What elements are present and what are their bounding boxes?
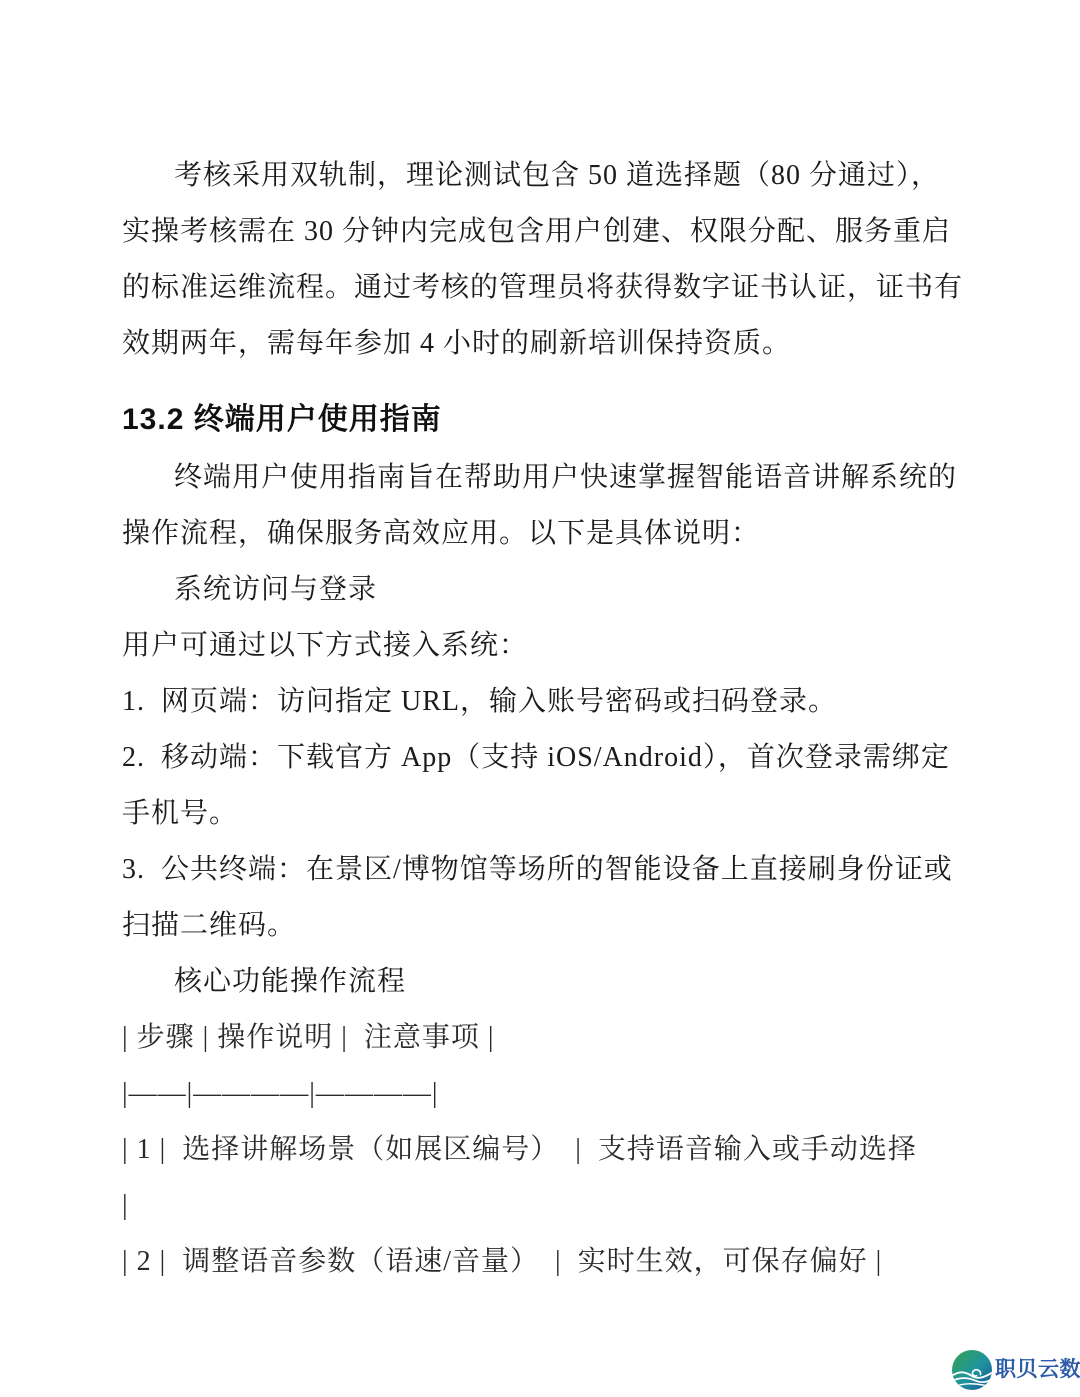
list-item-line: 1. 网页端：访问指定 URL，输入账号密码或扫码登录。 xyxy=(122,674,958,730)
paragraph-line: 操作流程，确保服务高效应用。以下是具体说明： xyxy=(122,506,958,562)
paragraph-line: 考核采用双轨制，理论测试包含 50 道选择题（80 分通过）， xyxy=(122,148,958,204)
list-item-line: 3. 公共终端：在景区/博物馆等场所的智能设备上直接刷身份证或 xyxy=(122,842,958,898)
list-item-line: 扫描二维码。 xyxy=(122,898,958,954)
subheading-system-access: 系统访问与登录 xyxy=(122,562,958,618)
table-row-line: | 2 | 调整语音参数（语速/音量） | 实时生效，可保存偏好 | xyxy=(122,1234,958,1290)
document-page: 考核采用双轨制，理论测试包含 50 道选择题（80 分通过）， 实操考核需在 3… xyxy=(0,0,1080,1397)
table-header-line: | 步骤 | 操作说明 | 注意事项 | xyxy=(122,1010,958,1066)
table-separator-line: |——|————|————| xyxy=(122,1066,958,1122)
brand-name: 职贝云数 xyxy=(995,1350,1080,1390)
table-row-line: | xyxy=(122,1178,958,1234)
document-body: 考核采用双轨制，理论测试包含 50 道选择题（80 分通过）， 实操考核需在 3… xyxy=(122,148,958,1290)
subheading-core-workflow: 核心功能操作流程 xyxy=(122,954,958,1010)
list-item-line: 手机号。 xyxy=(122,786,958,842)
paragraph-line: 的标准运维流程。通过考核的管理员将获得数字证书认证，证书有 xyxy=(122,260,958,316)
brand-globe-wave-icon xyxy=(952,1350,992,1390)
table-row-line: | 1 | 选择讲解场景（如展区编号） | 支持语音输入或手动选择 xyxy=(122,1122,958,1178)
paragraph-line: 效期两年，需每年参加 4 小时的刷新培训保持资质。 xyxy=(122,316,958,372)
paragraph-assessment: 考核采用双轨制，理论测试包含 50 道选择题（80 分通过）， 实操考核需在 3… xyxy=(122,148,958,372)
paragraph-line: 实操考核需在 30 分钟内完成包含用户创建、权限分配、服务重启 xyxy=(122,204,958,260)
markdown-table-text: | 步骤 | 操作说明 | 注意事项 | |——|————|————| | 1 … xyxy=(122,1010,958,1290)
paragraph-intro: 终端用户使用指南旨在帮助用户快速掌握智能语音讲解系统的 操作流程，确保服务高效应… xyxy=(122,450,958,562)
brand-watermark: 职贝云数 xyxy=(952,1350,1080,1390)
access-method-list: 1. 网页端：访问指定 URL，输入账号密码或扫码登录。 2. 移动端：下载官方… xyxy=(122,674,958,954)
paragraph-line: 终端用户使用指南旨在帮助用户快速掌握智能语音讲解系统的 xyxy=(122,450,958,506)
list-item-line: 2. 移动端：下载官方 App（支持 iOS/Android），首次登录需绑定 xyxy=(122,730,958,786)
section-heading: 13.2 终端用户使用指南 xyxy=(122,390,958,450)
access-intro-line: 用户可通过以下方式接入系统： xyxy=(122,618,958,674)
